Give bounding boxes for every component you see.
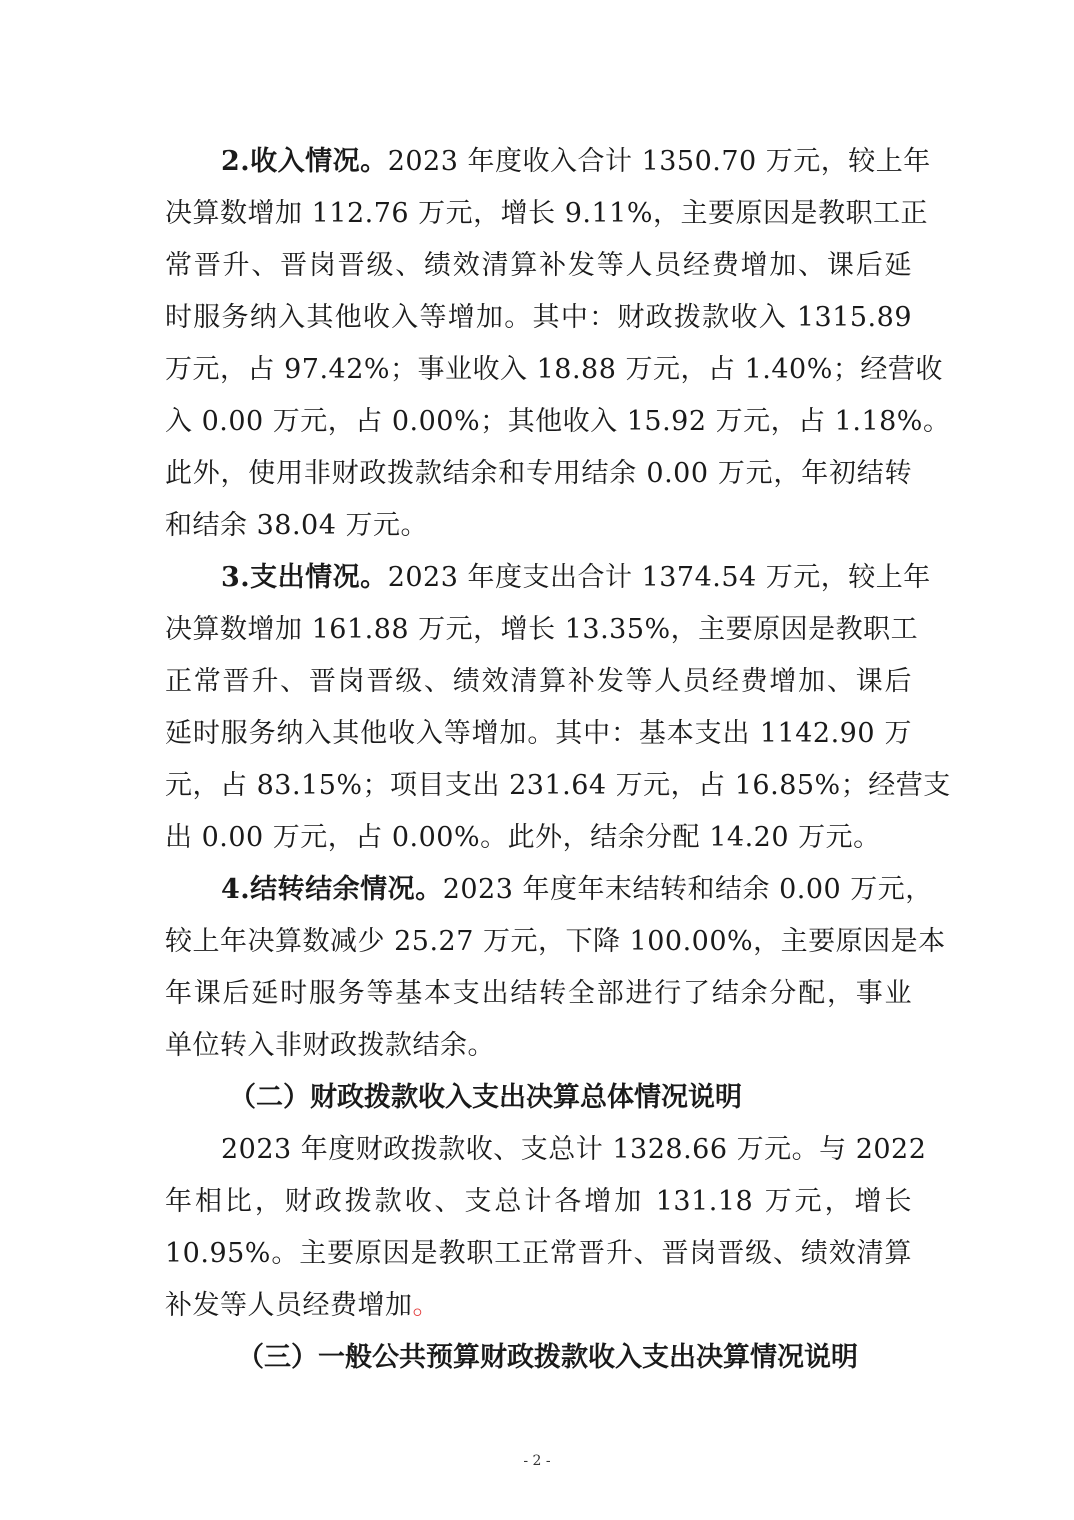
expenditure-paragraph-line: 延时服务纳入其他收入等增加。其中：基本支出 1142.90 万 [165, 708, 912, 760]
page-number: - 2 - [0, 1453, 1074, 1469]
income-paragraph-line: 决算数增加 112.76 万元，增长 9.11%，主要原因是教职工正 [165, 188, 912, 240]
income-paragraph-line: 此外，使用非财政拨款结余和专用结余 0.00 万元，年初结转 [165, 448, 912, 500]
expenditure-paragraph-line: 元，占 83.15%；项目支出 231.64 万元，占 16.85%；经营支 [165, 760, 912, 812]
fiscal-overview-paragraph-line: 年相比，财政拨款收、支总计各增加 131.18 万元，增长 [165, 1176, 912, 1228]
income-lead: 2.收入情况。 [221, 146, 388, 177]
expenditure-paragraph-line: 决算数增加 161.88 万元，增长 13.35%，主要原因是教职工 [165, 604, 912, 656]
carryover-paragraph-line: 较上年决算数减少 25.27 万元，下降 100.00%，主要原因是本 [165, 916, 912, 968]
fiscal-overview-paragraph-line: 10.95%。主要原因是教职工正常晋升、晋岗晋级、绩效清算 [165, 1228, 912, 1280]
document-page: 2.收入情况。2023 年度收入合计 1350.70 万元，较上年 决算数增加 … [0, 0, 1074, 1520]
expenditure-paragraph-line: 出 0.00 万元，占 0.00%。此外，结余分配 14.20 万元。 [165, 812, 912, 864]
income-paragraph-line: 常晋升、晋岗晋级、绩效清算补发等人员经费增加、课后延 [165, 240, 912, 292]
expenditure-lead: 3.支出情况。 [221, 562, 388, 593]
body-text: 2.收入情况。2023 年度收入合计 1350.70 万元，较上年 决算数增加 … [165, 136, 912, 1384]
carryover-lead: 4.结转结余情况。 [221, 874, 443, 905]
carryover-paragraph-line-1: 4.结转结余情况。2023 年度年末结转和结余 0.00 万元， [165, 864, 912, 916]
income-paragraph-line: 入 0.00 万元，占 0.00%；其他收入 15.92 万元，占 1.18%。 [165, 396, 912, 448]
carryover-paragraph-line: 单位转入非财政拨款结余。 [165, 1020, 912, 1072]
fiscal-overview-paragraph-line-last: 补发等人员经费增加。 [165, 1280, 912, 1332]
income-paragraph-line-1: 2.收入情况。2023 年度收入合计 1350.70 万元，较上年 [165, 136, 912, 188]
carryover-paragraph-line: 年课后延时服务等基本支出结转全部进行了结余分配，事业 [165, 968, 912, 1020]
income-paragraph-line: 和结余 38.04 万元。 [165, 500, 912, 552]
income-paragraph-line: 时服务纳入其他收入等增加。其中：财政拨款收入 1315.89 [165, 292, 912, 344]
fiscal-overview-paragraph-line: 2023 年度财政拨款收、支总计 1328.66 万元。与 2022 [165, 1124, 912, 1176]
expenditure-paragraph-line: 正常晋升、晋岗晋级、绩效清算补发等人员经费增加、课后 [165, 656, 912, 708]
expenditure-paragraph-line-1: 3.支出情况。2023 年度支出合计 1374.54 万元，较上年 [165, 552, 912, 604]
income-paragraph-line: 万元，占 97.42%；事业收入 18.88 万元，占 1.40%；经营收 [165, 344, 912, 396]
tracked-change-mark: 。 [413, 1290, 441, 1321]
section-heading-fiscal-overview: （二）财政拨款收入支出决算总体情况说明 [165, 1072, 912, 1124]
section-heading-general-budget: （三）一般公共预算财政拨款收入支出决算情况说明 [165, 1332, 912, 1384]
